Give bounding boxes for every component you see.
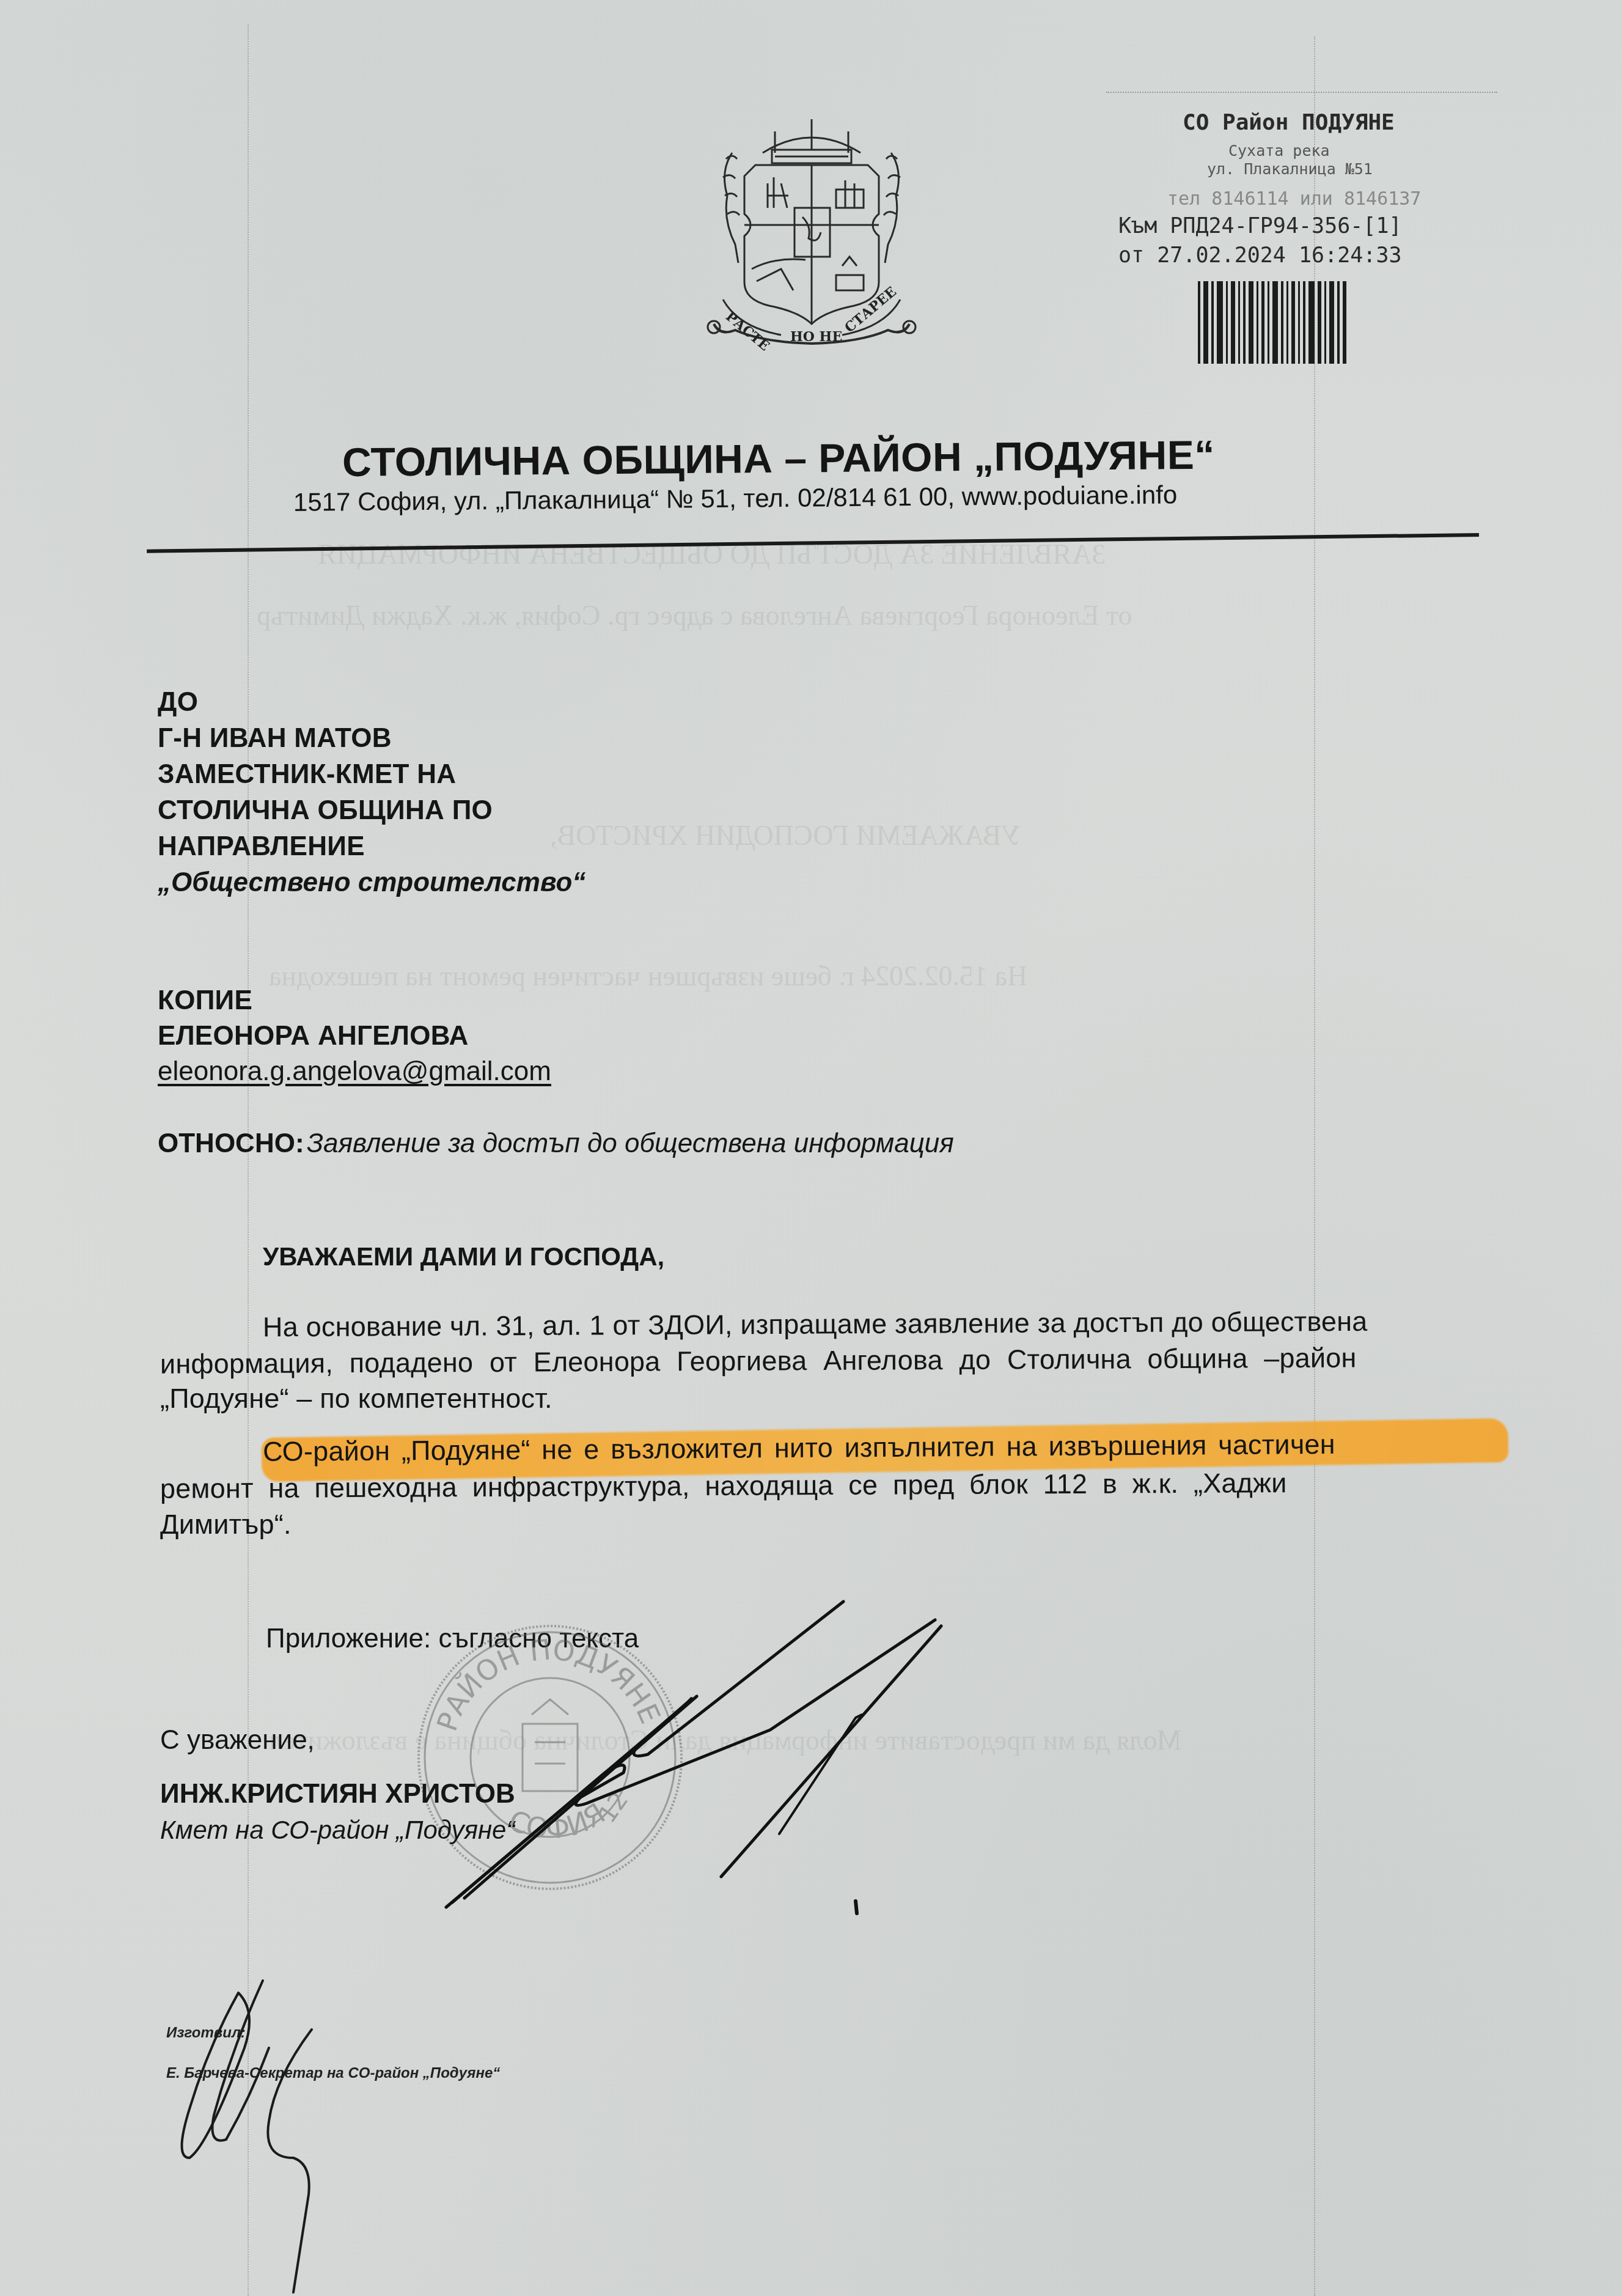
copy-recipient-email-link[interactable]: eleonora.g.angelova@gmail.com <box>158 1056 551 1087</box>
mayor-signature-icon <box>428 1589 978 1932</box>
bleed-through-text: На 15.02.2024 г. беше извършен частичен … <box>269 960 1027 992</box>
organization-title: СТОЛИЧНА ОБЩИНА – РАЙОН „ПОДУЯНЕ“ <box>342 432 1215 485</box>
recipient-position-line: СТОЛИЧНА ОБЩИНА ПО <box>158 795 493 826</box>
svg-text:НО НЕ: НО НЕ <box>790 329 842 345</box>
barcode-icon <box>1198 281 1372 364</box>
recipient-to-label: ДО <box>158 687 198 718</box>
copy-label: КОПИЕ <box>158 985 252 1016</box>
stamp-reference-number: Към РПД24-ГР94-356-[1] <box>1118 214 1402 238</box>
stamp-edge-line <box>1106 92 1497 93</box>
recipient-name: Г-Н ИВАН МАТОВ <box>158 723 392 754</box>
paragraph-line: Димитър“. <box>160 1509 292 1540</box>
subject-label: ОТНОСНО: <box>158 1128 304 1158</box>
subject-text: Заявление за достъп до обществена информ… <box>307 1128 954 1158</box>
recipient-position-line: НАПРАВЛЕНИЕ <box>158 831 365 862</box>
subject-line: ОТНОСНО: Заявление за достъп до обществе… <box>158 1128 954 1159</box>
stamp-datetime: от 27.02.2024 16:24:33 <box>1118 243 1402 268</box>
fold-line <box>248 24 249 2296</box>
sofia-coat-of-arms-icon: РАСТЕ НО НЕ СТАРЕЕ <box>689 116 934 355</box>
recipient-department: „Обществено строителство“ <box>158 867 585 898</box>
stamp-subtitle: Сухата река <box>1228 142 1330 160</box>
paragraph-line: На основание чл. 31, ал. 1 от ЗДОИ, изпр… <box>263 1305 1491 1344</box>
bleed-through-text: УВАЖАЕМИ ГОСПОДИН ХРИСТОВ, <box>550 819 1021 852</box>
svg-text:СТАРЕЕ: СТАРЕЕ <box>842 284 900 336</box>
salutation: УВАЖАЕМИ ДАМИ И ГОСПОДА, <box>263 1242 664 1271</box>
copy-recipient-name: ЕЛЕОНОРА АНГЕЛОВА <box>158 1021 469 1051</box>
secretary-signature-icon <box>171 1974 367 2292</box>
stamp-phone: тел 8146114 или 8146137 <box>1167 188 1421 210</box>
closing-phrase: С уважение, <box>160 1725 315 1756</box>
bleed-through-text: от Елеонора Георгиева Ангелова с адрес г… <box>257 599 1132 631</box>
stamp-address: ул. Плакалница №51 <box>1207 160 1373 178</box>
fold-line <box>1314 37 1315 2296</box>
paragraph-line: „Подуяне“ – по компетентност. <box>160 1383 552 1415</box>
registration-stamp: СО Район ПОДУЯНЕ Сухата река ул. Плакалн… <box>1106 86 1497 373</box>
stamp-title: СО Район ПОДУЯНЕ <box>1183 110 1395 135</box>
recipient-position-line: ЗАМЕСТНИК-КМЕТ НА <box>158 759 456 790</box>
